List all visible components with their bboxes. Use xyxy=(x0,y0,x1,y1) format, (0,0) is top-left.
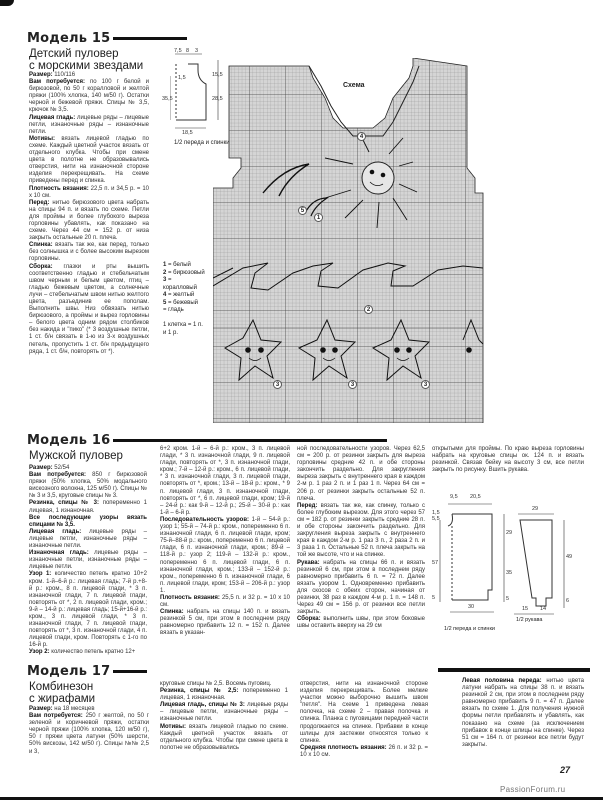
legend-label: = желтый xyxy=(168,292,194,298)
paragraph-text: нитью бирюзового цвета набрать на спицы … xyxy=(29,200,149,241)
legend-label: = коралловый xyxy=(163,277,197,291)
paragraph: Мотивы: вязать лицевой гладью по схеме. … xyxy=(29,136,149,186)
paragraph-label: Плотность вязания: xyxy=(160,595,220,601)
paragraph-text: круговые спицы № 2,5. Восемь пуговиц. xyxy=(160,681,271,687)
schema-label: Схема xyxy=(343,82,365,89)
heading-rule xyxy=(113,37,187,40)
color-marker: 5 xyxy=(298,206,307,215)
paragraph-text: 6+2 кром. 1-й – 6-й р.: кром., 3 п. лице… xyxy=(160,446,290,516)
paragraph-text: 1-й – 54-й р.: узор 1; 55-й – 74-й р.: к… xyxy=(160,517,290,594)
paragraph: Вам потребуется: 250 г желтой, по 50 г з… xyxy=(29,713,149,756)
legend-item: 4 = желтый xyxy=(163,292,205,300)
paragraph-label: Узор 1: xyxy=(29,571,51,577)
dim-label: 20,5 xyxy=(470,494,481,500)
paragraph: Резинка, спицы № 2,5: попеременно 1 лице… xyxy=(160,688,288,702)
paragraph: Лицевая гладь, спицы № 3: лицевые ряды –… xyxy=(160,702,288,723)
paragraph: Сборка: выполнить швы, при этом боковые … xyxy=(297,616,425,630)
model17-col4-rule xyxy=(438,668,590,672)
legend-label: = бежевый xyxy=(168,300,198,306)
dim-label: 1,5 xyxy=(178,75,186,81)
dim-label: 5,5 xyxy=(432,516,440,522)
paragraph-label: Спинка: xyxy=(29,242,53,248)
paragraph: Средняя плотность вязания: 26 п. и 32 р.… xyxy=(300,745,428,759)
paragraph-label: Мотивы: xyxy=(160,724,186,730)
dim-label: 9,5 xyxy=(450,494,458,500)
paragraph: Сборка: глазки и рты вышить соответствен… xyxy=(29,264,149,356)
model16-column-4: открытыми для проймы. По краю выреза гор… xyxy=(432,446,584,474)
paragraph: Изнаночная гладь: лицевые ряды – изнаноч… xyxy=(29,550,147,571)
paragraph-text: 52/54 xyxy=(53,465,70,471)
paragraph: Вам потребуется: по 100 г белой и бирюзо… xyxy=(29,79,149,114)
paragraph-label: Узор 2: xyxy=(29,649,50,655)
paragraph-text: количество петель кратно 10+2 кром. 1-й–… xyxy=(29,571,147,648)
legend-number: 3 xyxy=(163,277,166,283)
legend-number: 1 xyxy=(163,262,166,268)
paragraph: Спинка: вязать так же, как перед, только… xyxy=(29,242,149,263)
paragraph-label: Лицевая гладь: xyxy=(29,115,75,121)
paragraph: отверстия, нити на изнаночной стороне из… xyxy=(300,681,428,745)
legend-item: = гладь xyxy=(163,307,205,315)
paragraph-label: Размер: xyxy=(29,706,53,712)
color-marker: 3 xyxy=(421,380,430,389)
dim-label: 30 xyxy=(468,604,474,610)
model15-heading: Модель 15 xyxy=(27,31,187,46)
paragraph-label: Вам потребуется: xyxy=(29,79,85,85)
heading-rule xyxy=(113,439,387,442)
model17-column-2: круговые спицы № 2,5. Восемь пуговиц.Рез… xyxy=(160,681,288,752)
model15-subtitle: Детский пуловер с морскими звездами xyxy=(29,48,179,72)
paragraph-text: на 18 месяцев xyxy=(53,706,95,712)
model16-column-2: 6+2 кром. 1-й – 6-й р.: кром., 3 п. лице… xyxy=(160,446,290,638)
model17-heading: Модель 17 xyxy=(27,664,147,679)
dim-label: 57 xyxy=(432,560,438,566)
paragraph: Левая половина переда: нитью цвета латун… xyxy=(462,678,584,749)
model15-knitting-chart: Схема 1 2 3 3 3 4 5 xyxy=(213,58,585,423)
subtitle-line: с жирафами xyxy=(29,693,149,705)
paragraph-label: Спинка: xyxy=(160,609,184,615)
paragraph: Перед: нитью бирюзового цвета набрать на… xyxy=(29,200,149,243)
dim-label: 7,5 xyxy=(174,48,182,54)
paragraph-text: количество петель кратно 12+ xyxy=(50,649,136,655)
model16-sleeve-caption: 1/2 рукава xyxy=(516,617,576,623)
dim-label: 49 xyxy=(566,554,572,560)
paragraph-label: Размер: xyxy=(29,72,53,78)
paragraph: Узор 2: количество петель кратно 12+ xyxy=(29,649,147,656)
model15-instructions: Размер: 110/116Вам потребуется: по 100 г… xyxy=(29,72,149,356)
paragraph: Лицевая гладь: лицевые ряды – лицевые пе… xyxy=(29,529,147,550)
dim-label: 3 xyxy=(195,48,198,54)
model16-sleeve-diagram: 29 49 6 15 14 xyxy=(508,510,588,620)
paragraph-text: глазки и рты вышить соответственно гладь… xyxy=(29,264,149,355)
paragraph-label: Лицевая гладь: xyxy=(29,529,81,535)
paragraph-text: вязать лицевой гладью по схеме. Каждый ц… xyxy=(29,136,149,185)
paragraph: Последовательность узоров: 1-й – 54-й р.… xyxy=(160,517,290,595)
paragraph-text: отверстия, нити на изнаночной стороне из… xyxy=(300,681,428,744)
paragraph: Перед: вязать так же, как спинку, только… xyxy=(297,503,425,560)
corner-mark xyxy=(0,0,14,6)
model16-subtitle: Мужской пуловер xyxy=(29,450,149,462)
paragraph-label: Сборка: xyxy=(297,616,321,622)
model17-column-1: Размер: на 18 месяцевВам потребуется: 25… xyxy=(29,706,149,756)
legend-number: 5 xyxy=(163,300,166,306)
watermark: PassionForum.ru xyxy=(500,785,565,794)
paragraph-label: Перед: xyxy=(297,503,317,509)
paragraph-text: ной последовательности узоров. Через 62,… xyxy=(297,446,425,502)
model16-column-3: ной последовательности узоров. Через 62,… xyxy=(297,446,425,630)
paragraph-label: Средняя плотность вязания: xyxy=(300,745,387,751)
model17-column-4: Левая половина переда: нитью цвета латун… xyxy=(462,678,584,749)
subtitle-line: Комбинезон xyxy=(29,681,149,693)
paragraph-label: Все последующие узоры вязать спицами № 3… xyxy=(29,515,147,528)
legend-number: 4 xyxy=(163,292,166,298)
subtitle-line: с морскими звездами xyxy=(29,60,179,72)
paragraph: 6+2 кром. 1-й – 6-й р.: кром., 3 п. лице… xyxy=(160,446,290,517)
paragraph-label: Резинка, спицы № 3: xyxy=(29,500,99,506)
paragraph: Рукава: набрать на спицы 66 п. и вязать … xyxy=(297,560,425,617)
model16-body-caption: 1/2 переда и спинки xyxy=(444,626,504,633)
dim-label: 15 xyxy=(522,606,528,612)
model16-title: Модель 16 xyxy=(27,433,110,448)
model17-column-3: отверстия, нити на изнаночной стороне из… xyxy=(300,681,428,759)
paragraph-text: 110/116 xyxy=(53,72,75,78)
legend-label: = белый xyxy=(168,262,191,268)
legend-item: 3 = коралловый xyxy=(163,277,205,292)
legend-item: 5 = бежевый xyxy=(163,300,205,308)
dim-label: 8 xyxy=(186,48,189,54)
paragraph-label: Плотность вязания: xyxy=(29,186,89,192)
paragraph: Плотность вязания: 22,5 п. и 34,5 р. = 1… xyxy=(29,186,149,200)
model15-title: Модель 15 xyxy=(27,31,110,46)
paragraph-label: Левая половина переда: xyxy=(462,678,542,684)
paragraph-label: Мотивы: xyxy=(29,136,55,142)
paragraph: Лицевая гладь: лицевые ряды – лицевые пе… xyxy=(29,115,149,136)
legend-item: 2 = бирюзовый xyxy=(163,270,205,278)
model15-legend: 1 = белый2 = бирюзовый3 = коралловый4 = … xyxy=(163,262,205,315)
paragraph-text: вязать так же, как спинку, только с боле… xyxy=(297,503,425,559)
paragraph-label: Перед: xyxy=(29,200,49,206)
dim-label: 29 xyxy=(532,506,538,512)
paragraph: Резинка, спицы № 3: попеременно 1 лицева… xyxy=(29,500,147,514)
model15-cell-note: 1 клетка = 1 п. и 1 р. xyxy=(163,322,203,337)
model16-column-1: Размер: 52/54Вам потребуется: 850 г бирю… xyxy=(29,465,147,657)
paragraph-label: Лицевая гладь, спицы № 3: xyxy=(160,702,245,708)
color-marker: 1 xyxy=(314,213,323,222)
dim-label: 18,5 xyxy=(182,130,193,136)
color-marker: 4 xyxy=(357,132,366,141)
paragraph: Мотивы: вязать лицевой гладью по схеме. … xyxy=(160,724,288,752)
dim-label: 5 xyxy=(432,595,435,601)
paragraph-label: Изнаночная гладь: xyxy=(29,550,89,556)
paragraph-text: набрать на спицы 66 п. и вязать резинкой… xyxy=(297,560,425,616)
paragraph-label: Резинка, спицы № 2,5: xyxy=(160,688,238,694)
model17-title: Модель 17 xyxy=(27,664,110,679)
heading-rule xyxy=(113,670,147,673)
model17-subtitle: Комбинезон с жирафами xyxy=(29,681,149,705)
paragraph-label: Сборка: xyxy=(29,264,53,270)
paragraph-label: Рукава: xyxy=(297,560,320,566)
paragraph-label: Вам потребуется: xyxy=(29,713,83,719)
paragraph: Узор 1: количество петель кратно 10+2 кр… xyxy=(29,571,147,649)
dim-label: 14 xyxy=(540,606,546,612)
paragraph-label: Вам потребуется: xyxy=(29,472,86,478)
paragraph-text: нитью цвета латуни набрать на спицы 38 п… xyxy=(462,678,584,748)
color-marker: 3 xyxy=(273,380,282,389)
subtitle-line: Детский пуловер xyxy=(29,48,179,60)
dim-label: 35,5 xyxy=(162,96,173,102)
page-number: 27 xyxy=(560,765,570,775)
paragraph: Плотность вязания: 25,5 п. и 32 р. = 10 … xyxy=(160,595,290,609)
paragraph-text: 250 г желтой, по 50 г зеленой и коричнев… xyxy=(29,713,149,754)
legend-item: 1 = белый xyxy=(163,262,205,270)
paragraph-text: открытыми для проймы. По краю выреза гор… xyxy=(432,446,584,473)
color-marker: 3 xyxy=(348,380,357,389)
color-marker: 2 xyxy=(364,305,373,314)
legend-label: = бирюзовый xyxy=(168,270,205,276)
paragraph: Все последующие узоры вязать спицами № 3… xyxy=(29,515,147,529)
paragraph: Спинка: набрать на спицы 140 п. и вязать… xyxy=(160,609,290,637)
paragraph: Вам потребуется: 850 г бирюзовой пряжи (… xyxy=(29,472,147,500)
dim-label: 6 xyxy=(566,598,569,604)
paragraph: открытыми для проймы. По краю выреза гор… xyxy=(432,446,584,474)
paragraph: ной последовательности узоров. Через 62,… xyxy=(297,446,425,503)
legend-number: 2 xyxy=(163,270,166,276)
paragraph-label: Последовательность узоров: xyxy=(160,517,249,523)
model16-body-diagram: 9,5 20,5 1,5 5,5 29 35 57 5 5 30 xyxy=(430,500,520,630)
legend-label: = гладь xyxy=(163,307,184,313)
paragraph-label: Размер: xyxy=(29,465,53,471)
